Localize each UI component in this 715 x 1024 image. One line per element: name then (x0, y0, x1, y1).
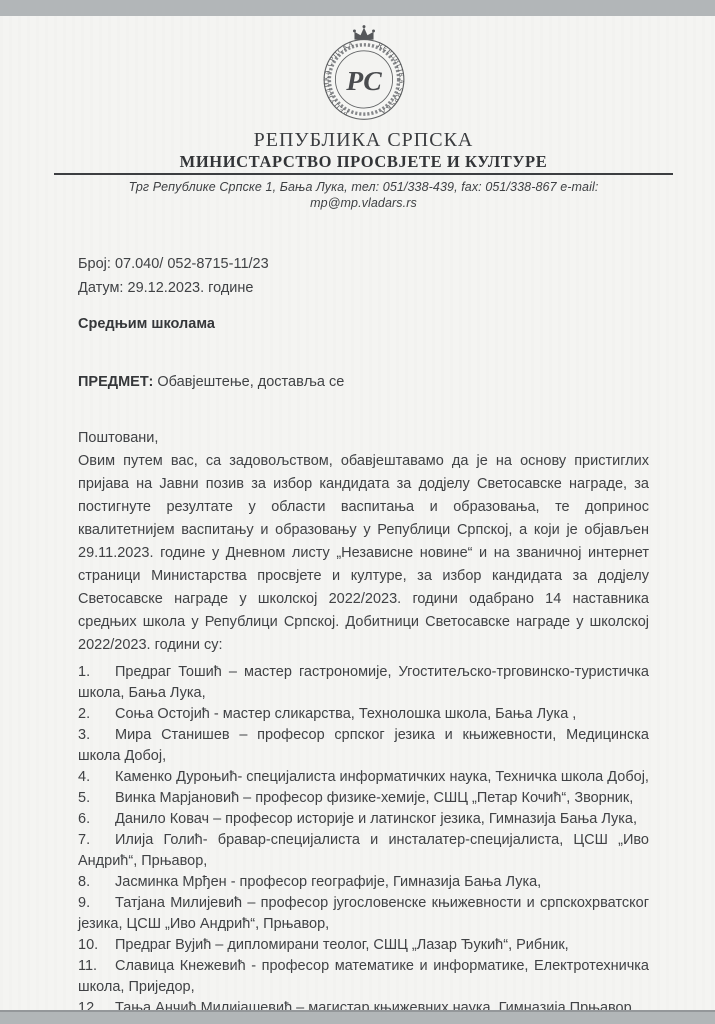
awardees-list: 1.Предраг Тошић – мастер гастрономије, У… (78, 662, 649, 1012)
list-item-text: Мира Станишев – професор српског језика … (78, 727, 649, 764)
list-item-text: Каменко Дуроњић- специјалиста информатич… (115, 769, 649, 785)
republic-title: РЕПУБЛИКА СРПСКА (78, 130, 649, 151)
list-item: 9.Татјана Милијевић – професор југослове… (78, 893, 649, 935)
body-paragraph: Овим путем вас, са задовољством, обавјеш… (78, 450, 649, 657)
list-item: 6.Данило Ковач – професор историје и лат… (78, 809, 649, 830)
list-item-number: 6. (78, 809, 115, 830)
salutation: Поштовани, (78, 430, 649, 446)
list-item-number: 3. (78, 725, 115, 746)
recipient: Средњим школама (78, 316, 649, 332)
list-item: 3.Мира Станишев – професор српског језик… (78, 725, 649, 767)
list-item: 8.Јасминка Мрђен - професор географије, … (78, 872, 649, 893)
list-item: 12.Тања Анчић Милијашевић – магистар књи… (78, 998, 649, 1012)
list-item: 7.Илија Голић- бравар-специјалиста и инс… (78, 830, 649, 872)
list-item-number: 8. (78, 872, 115, 893)
list-item-number: 10. (78, 935, 115, 956)
reference-number-line: Број: 07.040/ 052-8715-11/23 (78, 252, 649, 276)
list-item-text: Славица Кнежевић - професор математике и… (78, 958, 649, 995)
list-item: 4.Каменко Дуроњић- специјалиста информат… (78, 767, 649, 788)
list-item-text: Соња Остојић - мастер сликарства, Технол… (115, 706, 576, 722)
list-item-number: 12. (78, 998, 115, 1012)
seal-monogram: РС (345, 65, 382, 96)
list-item: 5.Винка Марјановић – професор физике-хем… (78, 788, 649, 809)
list-item: 1.Предраг Тошић – мастер гастрономије, У… (78, 662, 649, 704)
letterhead: РЕПУБЛИКА СРПСКА МИНИСТАРСТВО ПРОСВЈЕТЕ … (78, 130, 649, 211)
list-item-number: 5. (78, 788, 115, 809)
date-value: 29.12.2023. године (128, 280, 254, 296)
reference-block: Број: 07.040/ 052-8715-11/23 Датум: 29.1… (78, 252, 649, 300)
list-item-number: 9. (78, 893, 115, 914)
date-label: Датум: (78, 280, 123, 296)
list-item-number: 11. (78, 956, 115, 977)
list-item-text: Тања Анчић Милијашевић – магистар књижев… (115, 1000, 636, 1012)
list-item-number: 1. (78, 662, 115, 683)
crown-icon (352, 25, 374, 39)
list-item-text: Предраг Тошић – мастер гастрономије, Уго… (78, 664, 649, 701)
list-item-text: Илија Голић- бравар-специјалиста и инста… (78, 832, 649, 869)
letterhead-rule (54, 173, 673, 175)
list-item-text: Татјана Милијевић – професор југословенс… (78, 895, 649, 932)
coat-of-arms-seal: РС РЕПУБЛИКА СРПСКА REPUBLIKA SRPSKA (312, 24, 416, 128)
list-item: 2.Соња Остојић - мастер сликарства, Техн… (78, 704, 649, 725)
list-item-text: Данило Ковач – професор историје и латин… (115, 811, 637, 827)
list-item: 11.Славица Кнежевић - професор математик… (78, 956, 649, 998)
subject-label: ПРЕДМЕТ: (78, 374, 153, 390)
list-item-number: 7. (78, 830, 115, 851)
reference-number-value: 07.040/ 052-8715-11/23 (115, 256, 269, 272)
list-item-text: Јасминка Мрђен - професор географије, Ги… (115, 874, 541, 890)
list-item-text: Предраг Вујић – дипломирани теолог, СШЦ … (115, 937, 569, 953)
list-item-number: 2. (78, 704, 115, 725)
scanned-letter-page: РС РЕПУБЛИКА СРПСКА REPUBLIKA SRPSKA РЕП… (0, 16, 715, 1012)
seal-container: РС РЕПУБЛИКА СРПСКА REPUBLIKA SRPSKA (78, 16, 649, 128)
scan-bottom-band (0, 1014, 715, 1024)
address-line: Трг Републике Српске 1, Бања Лука, тел: … (78, 179, 649, 211)
reference-number-label: Број: (78, 256, 111, 272)
list-item: 10.Предраг Вујић – дипломирани теолог, С… (78, 935, 649, 956)
subject-line: ПРЕДМЕТ: Обавјештење, доставља се (78, 374, 649, 390)
list-item-number: 4. (78, 767, 115, 788)
date-line: Датум: 29.12.2023. године (78, 276, 649, 300)
ministry-title: МИНИСТАРСТВО ПРОСВЈЕТЕ И КУЛТУРЕ (78, 153, 649, 171)
list-item-text: Винка Марјановић – професор физике-хемиј… (115, 790, 633, 806)
subject-text: Обавјештење, доставља се (157, 374, 344, 390)
